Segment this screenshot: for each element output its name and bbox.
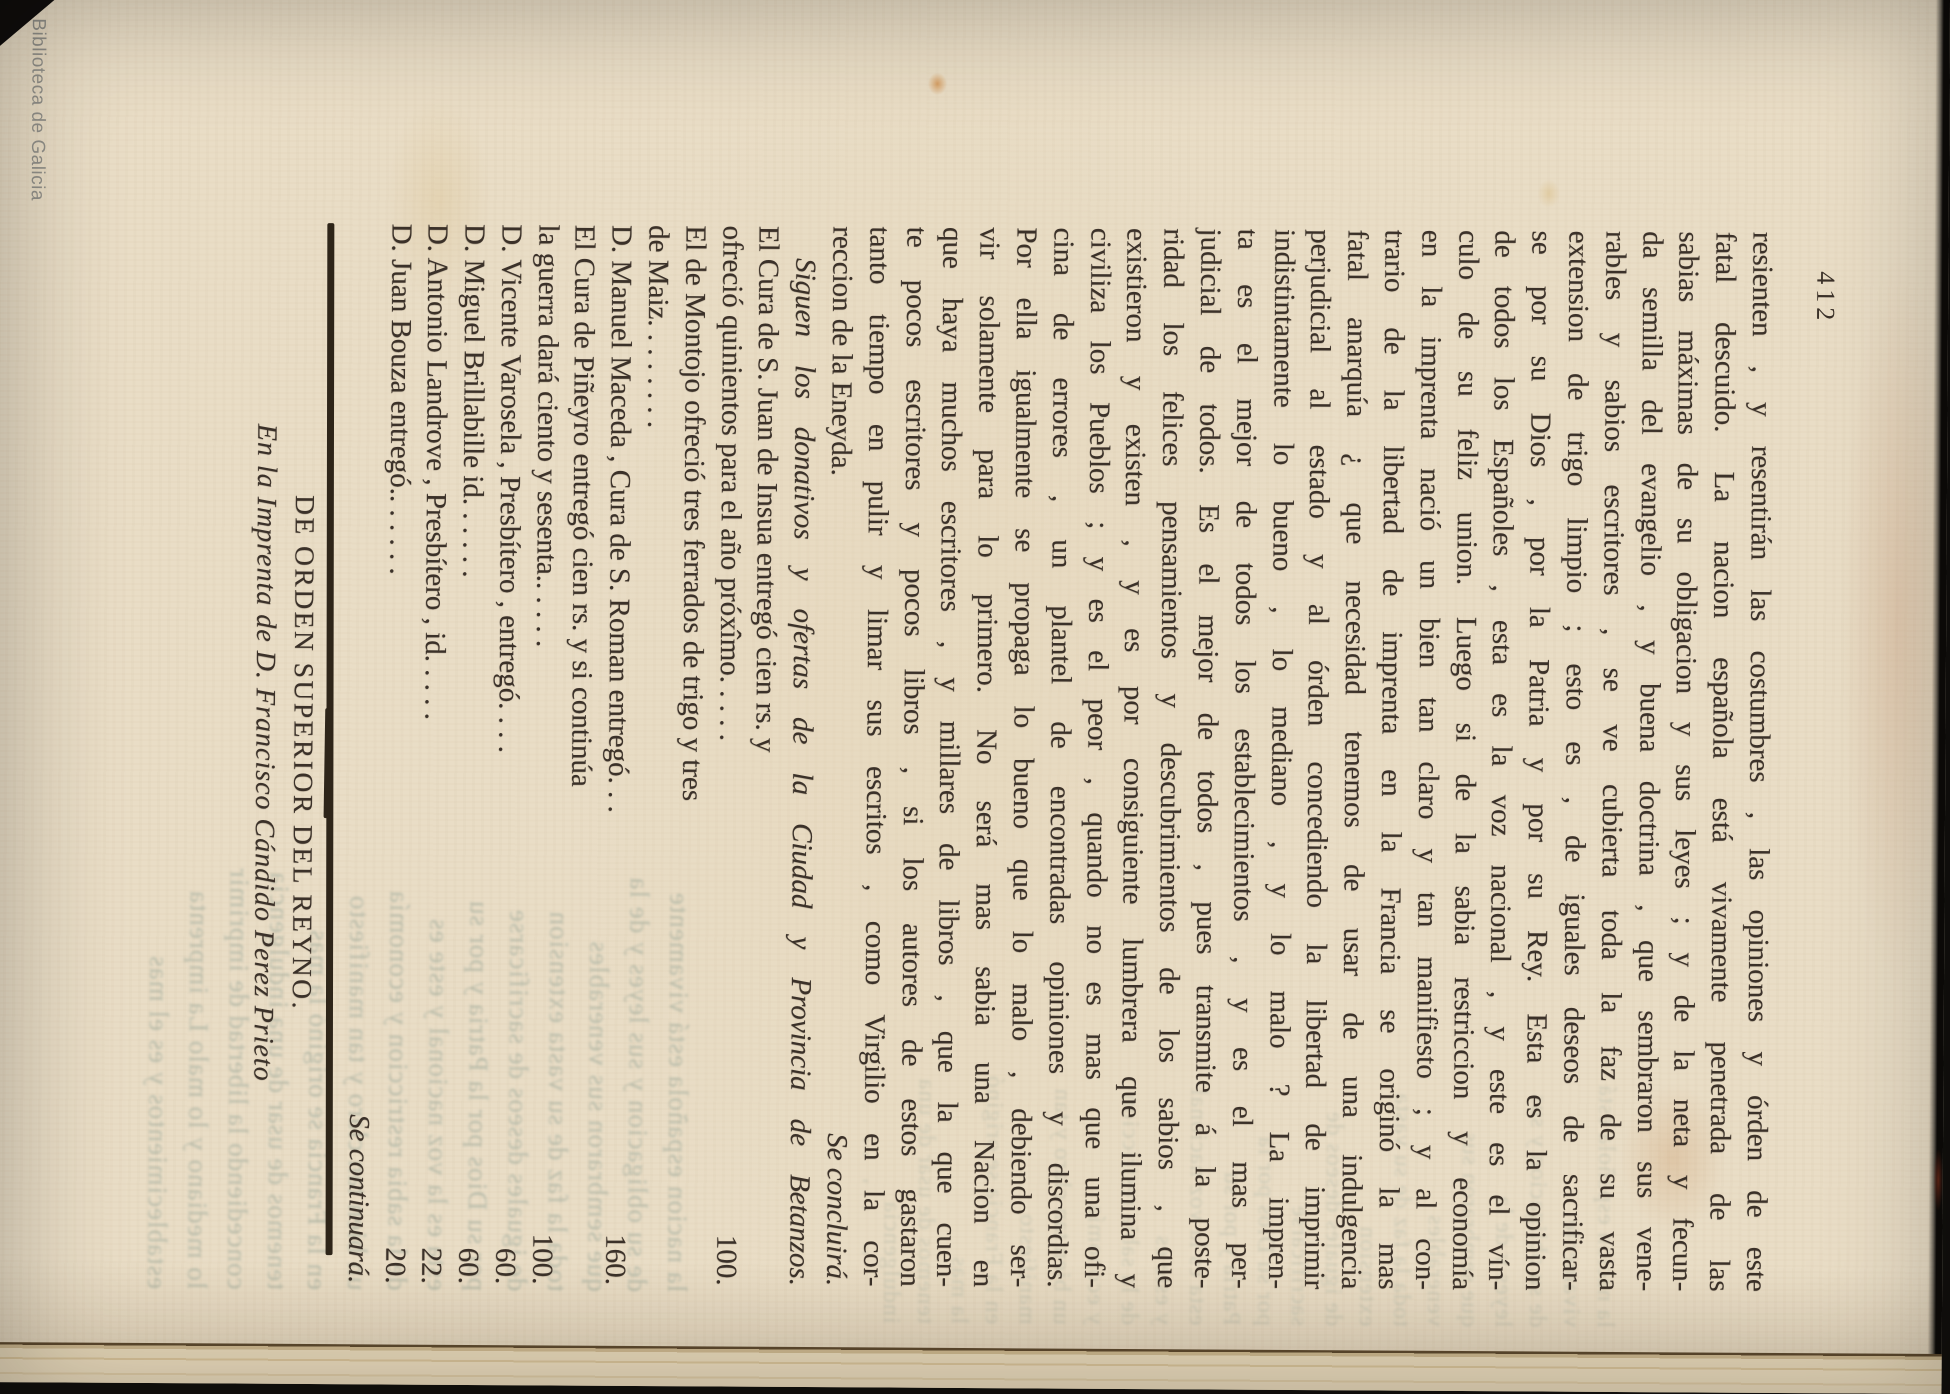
donation-line: D. Miguel Brillabille id. . . . . . 60. (449, 224, 492, 1284)
text-line: ridad los felices pensamientos y descubr… (1149, 228, 1192, 1288)
text-line: fatal anarquía ¿ que necesidad tenemos d… (1333, 229, 1376, 1289)
donation-line: D. Manuel Maceda , Cura de S. Roman entr… (597, 225, 640, 1285)
donation-text: El Cura de Piñeyro entregó cien rs. y si… (563, 225, 603, 787)
text-line: sabias máximas de su obligacion y sus le… (1664, 231, 1707, 1291)
text-line: de todos los Españoles , esta es la voz … (1480, 230, 1523, 1290)
page-number: 412 (1810, 271, 1840, 325)
text-line: vir solamente para lo primero. No será m… (965, 227, 1008, 1287)
donation-line: de Maiz. . . . . . . . (633, 225, 676, 1285)
body-text: resienten , y resentirán las costumbres … (242, 223, 1780, 1292)
text-line: judicial de todos. Es el mejor de todos … (1185, 228, 1228, 1288)
continuation-note: Se continuará. (339, 223, 382, 1283)
text-line: perjudicial al estado y al órden concedi… (1296, 229, 1339, 1289)
donations-list: El Cura de S. Juan de Insua entregó cien… (376, 223, 787, 1285)
donation-text: D. Vicente Varosela , Presbítero , entre… (489, 224, 529, 753)
donation-line: D. Antonio Landrove , Presbítero , id. .… (413, 224, 456, 1284)
text-line: ta es el mejor de todos los establecimie… (1222, 229, 1265, 1289)
text-line: fatal descuido. La nacion española está … (1701, 232, 1744, 1292)
text-line: existieron y existen , y es por consigui… (1112, 228, 1155, 1288)
donations-heading: Siguen los donativos y ofertas de la Ciu… (781, 226, 824, 1286)
main-paragraph: resienten , y resentirán las costumbres … (854, 226, 1780, 1292)
donation-amount: 20. (376, 1239, 413, 1283)
text-line: Por ella igualmente se propaga lo bueno … (1001, 227, 1044, 1287)
donation-line: D. Juan Bouza entregó.. . . . . . 20. (376, 223, 419, 1283)
donation-text: ofreció quinientos para el año próxîmo. … (710, 225, 750, 741)
donation-amount: 160. (597, 1226, 634, 1285)
paragraph-end-note: Se concluirá. (817, 1133, 855, 1286)
text-line: civiliza los Pueblos ; y es el peor , qu… (1075, 228, 1118, 1288)
donation-text: D. Manuel Maceda , Cura de S. Roman entr… (600, 225, 640, 813)
donation-line: El de Montojo ofreció tres ferrados de t… (670, 225, 713, 1285)
donation-line: la guerra dará ciento y sesenta.. . . . … (523, 224, 566, 1284)
donation-amount: 100. (523, 1226, 560, 1285)
donation-line: ofreció quinientos para el año próxîmo. … (707, 225, 750, 1285)
text-line: en la imprenta nació un bien tan claro y… (1406, 230, 1449, 1290)
donation-line: El Cura de Piñeyro entregó cien rs. y si… (560, 225, 603, 1285)
text-line: resienten , y resentirán las costumbres … (1737, 232, 1780, 1292)
donation-text: El Cura de S. Juan de Insua entregó cien… (747, 226, 787, 753)
donation-text: El de Montojo ofreció tres ferrados de t… (673, 225, 713, 801)
scanned-book-photo: la nacion española está vivamentede su o… (0, 0, 1950, 1394)
donation-amount: 60. (486, 1240, 523, 1284)
donation-text: D. Antonio Landrove , Presbítero , id. .… (416, 224, 456, 720)
donation-amount: 60. (449, 1240, 486, 1284)
text-line: tanto tiempo en pulir y limar sus escrit… (854, 226, 897, 1286)
donation-text: D. Miguel Brillabille id. . . . . . (454, 224, 493, 578)
colophon-order-line: DE ORDEN SUPERIOR DEL REYNO. (281, 223, 324, 1283)
colophon-imprint-line: En la Imprenta de D. Francisco Cándido P… (242, 223, 285, 1283)
text-line: culo de su feliz union. Luego si de la s… (1443, 230, 1486, 1290)
donation-line: D. Vicente Varosela , Presbítero , entre… (486, 224, 529, 1284)
donation-text: la guerra dará ciento y sesenta.. . . . … (527, 224, 566, 647)
text-line: extension de trigo limpio ; esto es , de… (1553, 231, 1596, 1291)
donation-text: D. Juan Bouza entregó.. . . . . . (380, 223, 419, 574)
text-line: trario de la libertad de imprenta en la … (1369, 229, 1412, 1289)
donation-text: de Maiz. . . . . . . . (639, 225, 677, 428)
text-line: cina de errores , un plantel de encontra… (1038, 227, 1081, 1287)
donation-amount: 100. (707, 1227, 744, 1286)
text-line: reccion de la Eneyda. (822, 226, 860, 476)
text-line: se por su Dios , por la Patria y por su … (1517, 230, 1560, 1290)
binding-mark (1934, 1150, 1943, 1210)
text-line: indistintamente lo bueno , lo mediano , … (1259, 229, 1302, 1289)
scanned-page: la nacion española está vivamentede su o… (0, 0, 1950, 1394)
library-watermark: Biblioteca de Galicia (26, 18, 49, 201)
text-line: rables y sabios escritores , se ve cubie… (1590, 231, 1633, 1291)
text-line: que haya muchos escritores , y millares … (928, 227, 971, 1287)
text-line: te pocos escritores y pocos libros , si … (891, 227, 934, 1287)
separator-rule (325, 223, 334, 1255)
text-line: da semilla del evangelio , y buena doctr… (1627, 231, 1670, 1291)
donation-amount: 22. (413, 1239, 450, 1283)
